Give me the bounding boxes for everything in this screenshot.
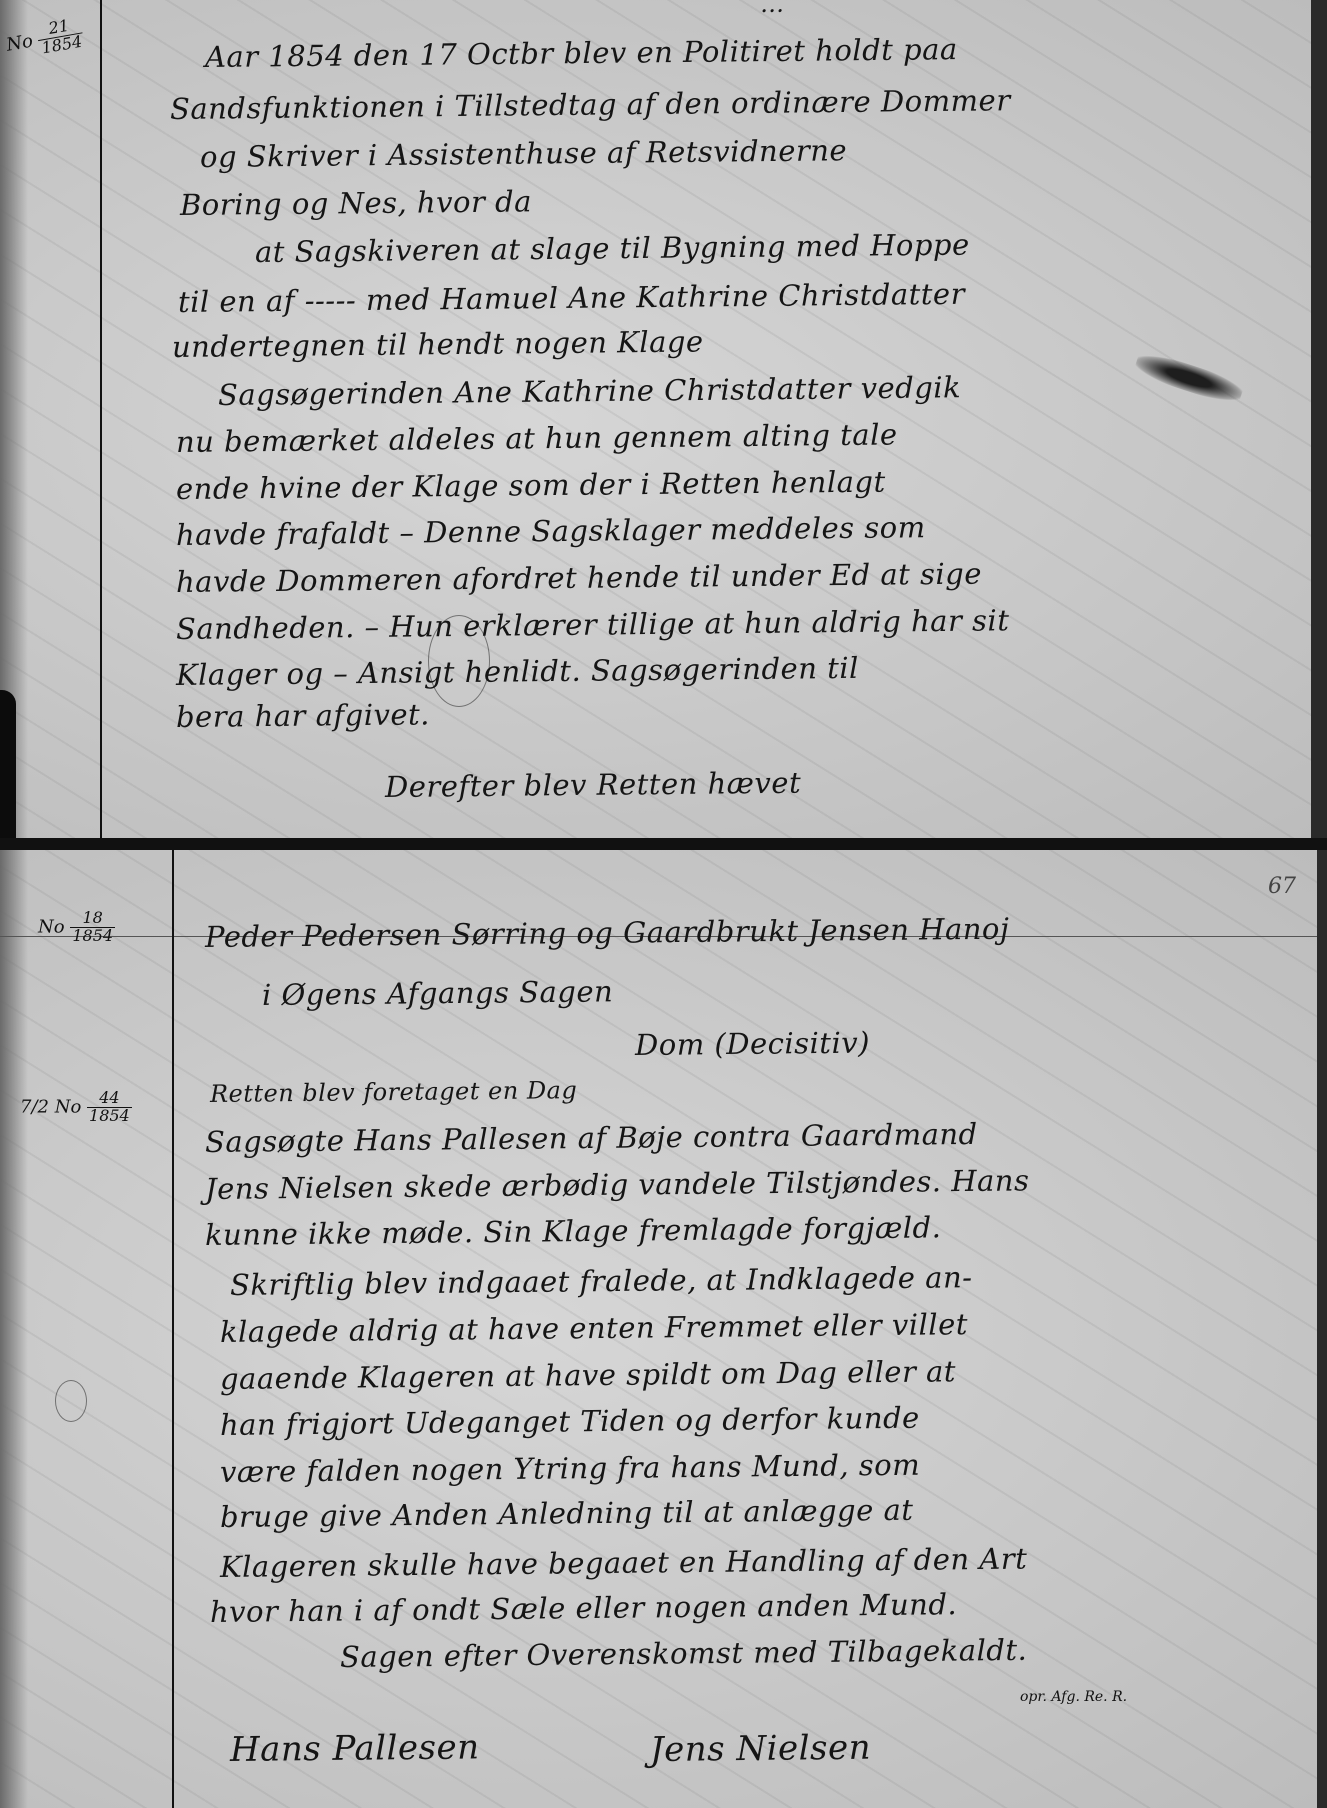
text-line: og Skriver i Assistenthuse af Retsvidner… xyxy=(200,133,847,174)
ink-smudge xyxy=(1133,349,1246,408)
text-line: Boring og Nes, hvor da xyxy=(180,184,532,222)
text-line: Retten blev foretaget en Dag xyxy=(210,1076,578,1108)
margin-rule xyxy=(100,0,102,838)
text-line: havde Dommeren afordret hende til under … xyxy=(176,557,982,599)
text-line: Aar 1854 den 17 Octbr blev en Politiret … xyxy=(205,32,958,74)
case-prefix: 7/2 No xyxy=(20,1096,81,1117)
case-prefix: No xyxy=(5,31,35,56)
header-fragment: … xyxy=(760,0,785,18)
text-line: han frigjort Udeganget Tiden og derfor k… xyxy=(220,1401,920,1442)
case-prefix: No xyxy=(38,916,65,937)
verdict-heading: Dom (Decisitiv) xyxy=(635,1026,870,1062)
page-edge xyxy=(1311,0,1327,838)
annotation-note: opr. Afg. Re. R. xyxy=(1020,1690,1127,1705)
page-number: 67 xyxy=(1268,874,1296,899)
text-line: Jens Nielsen skede ærbødig vandele Tilst… xyxy=(205,1163,1030,1206)
text-line: Klageren skulle have begaaet en Handling… xyxy=(220,1542,1028,1584)
text-line: Sagsøgte Hans Pallesen af Bøje contra Ga… xyxy=(205,1117,978,1159)
signature-jens-nielsen: Jens Nielsen xyxy=(650,1728,871,1770)
text-line: Klager og – Ansigt henlidt. Sagsøgerinde… xyxy=(176,651,859,692)
text-line: bera har afgivet. xyxy=(176,697,430,734)
signature-hans-pallesen: Hans Pallesen xyxy=(230,1727,480,1770)
text-line: Sandsfunktionen i Tillstedtag af den ord… xyxy=(170,83,1011,126)
text-line: at Sagskiveren at slage til Bygning med … xyxy=(255,228,970,269)
thumb-shadow xyxy=(0,690,16,838)
text-line: Sagsøgerinden Ane Kathrine Christdatter … xyxy=(218,370,961,412)
page-edge xyxy=(1317,850,1327,1808)
case-number-note: 7/2 No 44 1854 xyxy=(20,1090,132,1125)
text-line: bruge give Anden Anledning til at anlægg… xyxy=(220,1493,914,1534)
case-title-line: Peder Pedersen Sørring og Gaardbrukt Jen… xyxy=(205,912,1010,954)
text-line: Sandheden. – Hun erklærer tillige at hun… xyxy=(176,603,1010,646)
case-number-note: No 18 1854 xyxy=(38,910,115,945)
text-line: hvor han i af ondt Sæle eller nogen ande… xyxy=(210,1587,958,1629)
register-page-top: … No 21 1854 Aar 1854 den 17 Octbr blev … xyxy=(0,0,1327,838)
text-line: Skriftlig blev indgaaet fralede, at Indk… xyxy=(230,1260,973,1302)
closing-line: Derefter blev Retten hævet xyxy=(385,766,802,804)
case-fraction: 21 1854 xyxy=(35,16,85,58)
text-line: kunne ikke møde. Sin Klage fremlagde for… xyxy=(205,1210,942,1252)
text-line: undertegnen til hendt nogen Klage xyxy=(172,324,704,364)
text-line: klagede aldrig at have enten Fremmet ell… xyxy=(220,1307,968,1349)
case-year: 1854 xyxy=(39,33,86,57)
page-shadow xyxy=(0,850,28,1808)
case-year: 1854 xyxy=(70,928,115,945)
case-title-line: i Øgens Afgangs Sagen xyxy=(262,974,614,1012)
text-line: gaaende Klageren at have spildt om Dag e… xyxy=(220,1354,956,1396)
case-year: 1854 xyxy=(87,1108,132,1125)
stamp-mark xyxy=(55,1380,87,1422)
text-line: være falden nogen Ytring fra hans Mund, … xyxy=(220,1448,921,1489)
case-fraction: 18 1854 xyxy=(70,910,115,945)
text-line: ende hvine der Klage som der i Retten he… xyxy=(176,465,886,506)
text-line: til en af ----- med Hamuel Ane Kathrine … xyxy=(178,277,965,319)
case-fraction: 44 1854 xyxy=(87,1090,132,1125)
text-line: Sagen efter Overenskomst med Tilbagekald… xyxy=(340,1633,1028,1674)
text-line: nu bemærket aldeles at hun gennem alting… xyxy=(176,417,898,459)
register-page-bottom: 67 No 18 1854 7/2 No 44 1854 Peder Peder… xyxy=(0,850,1327,1808)
margin-rule xyxy=(172,850,174,1808)
text-line: havde frafaldt – Denne Sagsklager meddel… xyxy=(176,510,926,552)
